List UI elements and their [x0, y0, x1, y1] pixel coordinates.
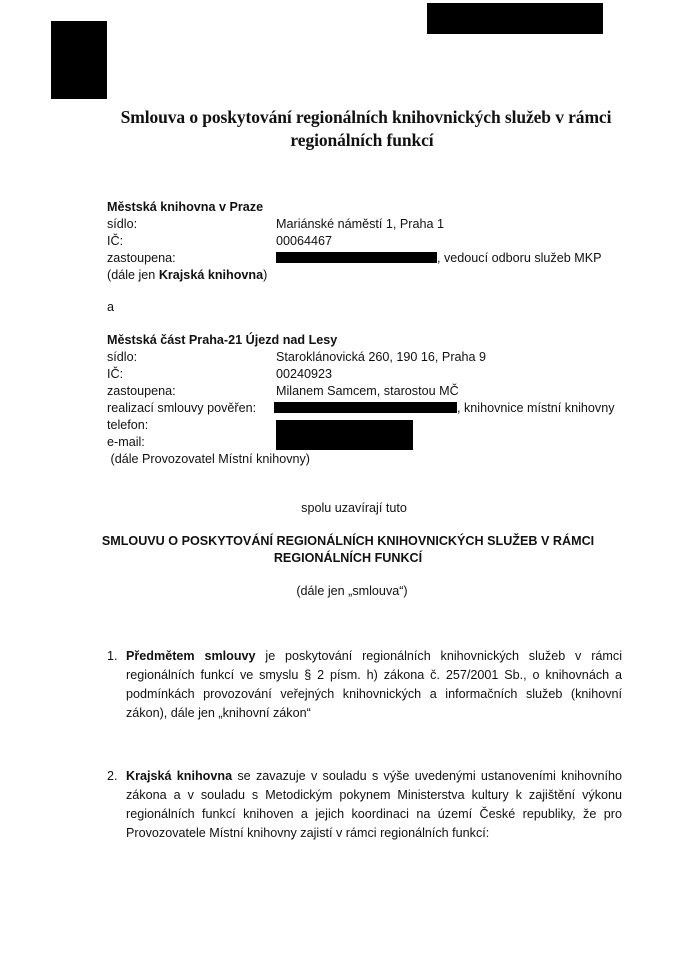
heading-line-1: SMLOUVU O POSKYTOVÁNÍ REGIONÁLNÍCH KNIHO…: [18, 533, 678, 550]
document-title: Smlouva o poskytování regionálních kniho…: [0, 106, 678, 152]
name-redaction: [276, 252, 437, 263]
clause-bold: Krajská knihovna: [126, 769, 232, 783]
party-alias-note: (dále Provozovatel Místní knihovny): [107, 451, 337, 468]
title-line-1: Smlouva o poskytování regionálních kniho…: [0, 106, 678, 129]
row-label: sídlo:: [107, 216, 137, 233]
clause-2: 2. Krajská knihovna se zavazuje v soulad…: [107, 767, 622, 843]
party-row-represented: zastoupena: Milanem Samcem, starostou MČ: [107, 383, 337, 400]
note-bold: Krajská knihovna: [159, 268, 263, 282]
party-row-seat: sídlo: Mariánské náměstí 1, Praha 1: [107, 216, 267, 233]
heading-line-2: REGIONÁLNÍCH FUNKCÍ: [18, 550, 678, 567]
party-alias-note: (dále jen Krajská knihovna): [107, 267, 267, 284]
row-label: zastoupena:: [107, 250, 176, 267]
clause-number: 1.: [107, 647, 118, 666]
clause-bold: Předmětem smlouvy: [126, 649, 256, 663]
row-label: zastoupena:: [107, 383, 176, 400]
party-row-seat: sídlo: Staroklánovická 260, 190 16, Prah…: [107, 349, 337, 366]
clause-number: 2.: [107, 767, 118, 786]
row-label: IČ:: [107, 233, 123, 250]
note-suffix: ): [263, 268, 267, 282]
row-label: e-mail:: [107, 434, 145, 451]
row-label: realizací smlouvy pověřen:: [107, 400, 256, 417]
party-name: Městská knihovna v Praze: [107, 199, 267, 216]
contact-redaction: [276, 420, 413, 450]
row-label: telefon:: [107, 417, 148, 434]
clause-1: 1. Předmětem smlouvy je poskytování regi…: [107, 647, 622, 723]
clause-text: Předmětem smlouvy je poskytování regioná…: [126, 647, 622, 723]
row-value-wrap: , vedoucí odboru služeb MKP: [276, 250, 602, 267]
party-row-ic: IČ: 00240923: [107, 366, 337, 383]
contract-heading: SMLOUVU O POSKYTOVÁNÍ REGIONÁLNÍCH KNIHO…: [0, 533, 678, 567]
row-value: 00064467: [276, 233, 332, 250]
party-row-delegate: realizací smlouvy pověřen: , knihovnice …: [107, 400, 337, 417]
row-value: , knihovnice místní knihovny: [457, 401, 615, 415]
row-value: Staroklánovická 260, 190 16, Praha 9: [276, 349, 486, 366]
row-label: sídlo:: [107, 349, 137, 366]
note-text: (dále Provozovatel Místní knihovny): [107, 452, 310, 466]
row-value: 00240923: [276, 366, 332, 383]
party-row-ic: IČ: 00064467: [107, 233, 267, 250]
clause-text: Krajská knihovna se zavazuje v souladu s…: [126, 767, 622, 843]
row-value-wrap: , knihovnice místní knihovny: [274, 400, 615, 417]
party-name-text: Městská část Praha-21 Újezd nad Lesy: [107, 333, 337, 347]
party-row-represented: zastoupena: , vedoucí odboru služeb MKP: [107, 250, 267, 267]
note-prefix: (dále jen: [107, 268, 159, 282]
intro-line: spolu uzavírají tuto: [0, 501, 678, 515]
row-value: , vedoucí odboru služeb MKP: [437, 251, 602, 265]
party-regional-library: Městská knihovna v Praze sídlo: Mariánsk…: [107, 199, 267, 284]
short-name: (dále jen „smlouva“): [0, 584, 678, 598]
name-redaction: [274, 402, 457, 413]
row-value: Milanem Samcem, starostou MČ: [276, 383, 459, 400]
party-name-text: Městská knihovna v Praze: [107, 200, 263, 214]
logo-redaction: [51, 21, 107, 99]
party-name: Městská část Praha-21 Újezd nad Lesy: [107, 332, 337, 349]
header-id-redaction: [427, 3, 603, 34]
row-label: IČ:: [107, 366, 123, 383]
conjunction: a: [107, 300, 114, 314]
row-value: Mariánské náměstí 1, Praha 1: [276, 216, 444, 233]
title-line-2: regionálních funkcí: [0, 129, 678, 152]
